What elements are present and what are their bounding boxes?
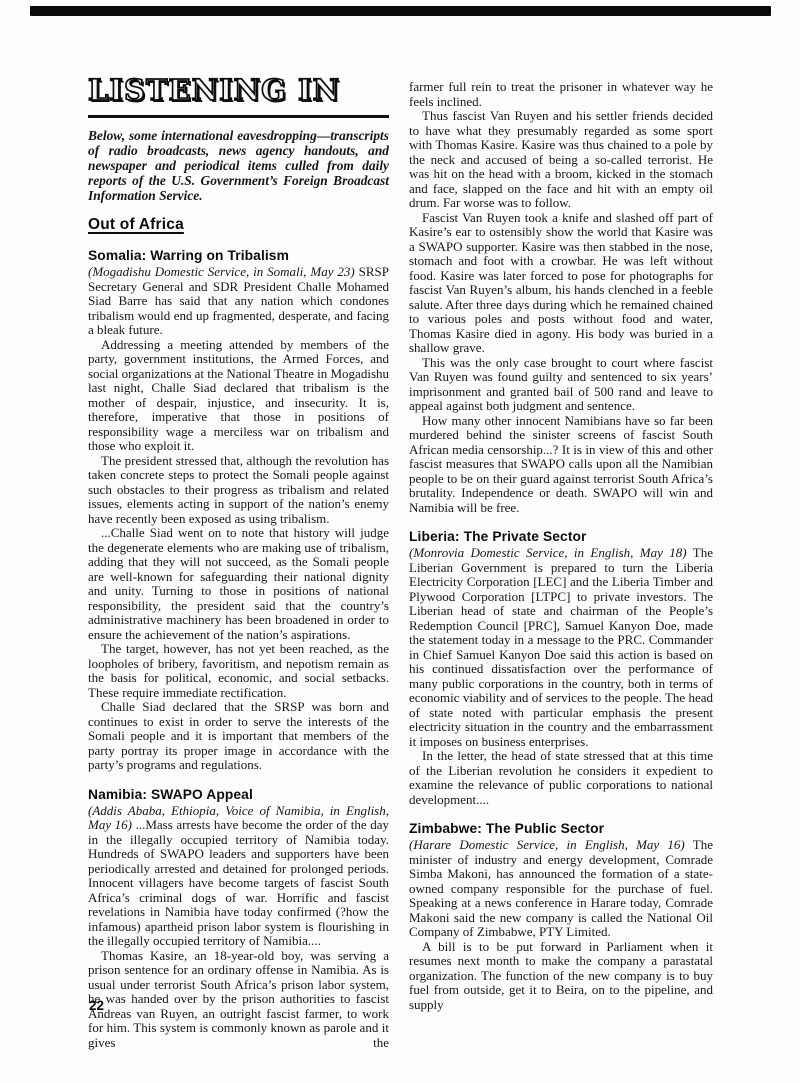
masthead-rule — [88, 115, 389, 118]
paragraph-text: The Liberian Government is prepared to t… — [409, 545, 713, 749]
intro-blurb: Below, some international eavesdropping—… — [88, 128, 389, 203]
body-paragraph: Fascist Van Ruyen took a knife and slash… — [409, 211, 713, 356]
source-credit: (Harare Domestic Service, in English, Ma… — [409, 837, 685, 852]
body-paragraph: How many other innocent Namibians have s… — [409, 414, 713, 516]
body-paragraph: Challe Siad declared that the SRSP was b… — [88, 700, 389, 773]
body-paragraph: (Addis Ababa, Ethiopia, Voice of Namibia… — [88, 804, 389, 949]
body-paragraph: (Mogadishu Domestic Service, in Somali, … — [88, 265, 389, 338]
body-paragraph: The president stressed that, although th… — [88, 454, 389, 527]
source-credit: (Mogadishu Domestic Service, in Somali, … — [88, 264, 355, 279]
body-paragraph: (Monrovia Domestic Service, in English, … — [409, 546, 713, 749]
magazine-masthead: LISTENING IN — [88, 76, 389, 105]
section-heading-somalia: Somalia: Warring on Tribalism — [88, 248, 389, 263]
body-paragraph: Thomas Kasire, an 18-year-old boy, was s… — [88, 949, 389, 1051]
section-heading-namibia: Namibia: SWAPO Appeal — [88, 787, 389, 802]
body-paragraph: This was the only case brought to court … — [409, 356, 713, 414]
body-paragraph: Addressing a meeting attended by members… — [88, 338, 389, 454]
scan-edge-artifact — [30, 6, 771, 16]
body-paragraph: farmer full rein to treat the prisoner i… — [409, 80, 713, 109]
page-number: 22 — [89, 998, 104, 1013]
magazine-page: LISTENING IN Below, some international e… — [0, 0, 800, 1083]
body-paragraph: ...Challe Siad went on to note that hist… — [88, 526, 389, 642]
body-paragraph: A bill is to be put forward in Parliamen… — [409, 940, 713, 1013]
department-heading-out-of-africa: Out of Africa — [88, 216, 389, 234]
body-paragraph: The target, however, has not yet been re… — [88, 642, 389, 700]
paragraph-text: The minister of industry and energy deve… — [409, 837, 713, 939]
body-paragraph: (Harare Domestic Service, in English, Ma… — [409, 838, 713, 940]
source-credit: (Monrovia Domestic Service, in English, … — [409, 545, 687, 560]
left-column: LISTENING IN Below, some international e… — [88, 76, 389, 1050]
right-column: farmer full rein to treat the prisoner i… — [409, 80, 713, 1012]
paragraph-text: ...Mass arrests have become the order of… — [88, 817, 389, 948]
section-heading-liberia: Liberia: The Private Sector — [409, 529, 713, 544]
body-paragraph: In the letter, the head of state stresse… — [409, 749, 713, 807]
body-paragraph: Thus fascist Van Ruyen and his settler f… — [409, 109, 713, 211]
section-heading-zimbabwe: Zimbabwe: The Public Sector — [409, 821, 713, 836]
